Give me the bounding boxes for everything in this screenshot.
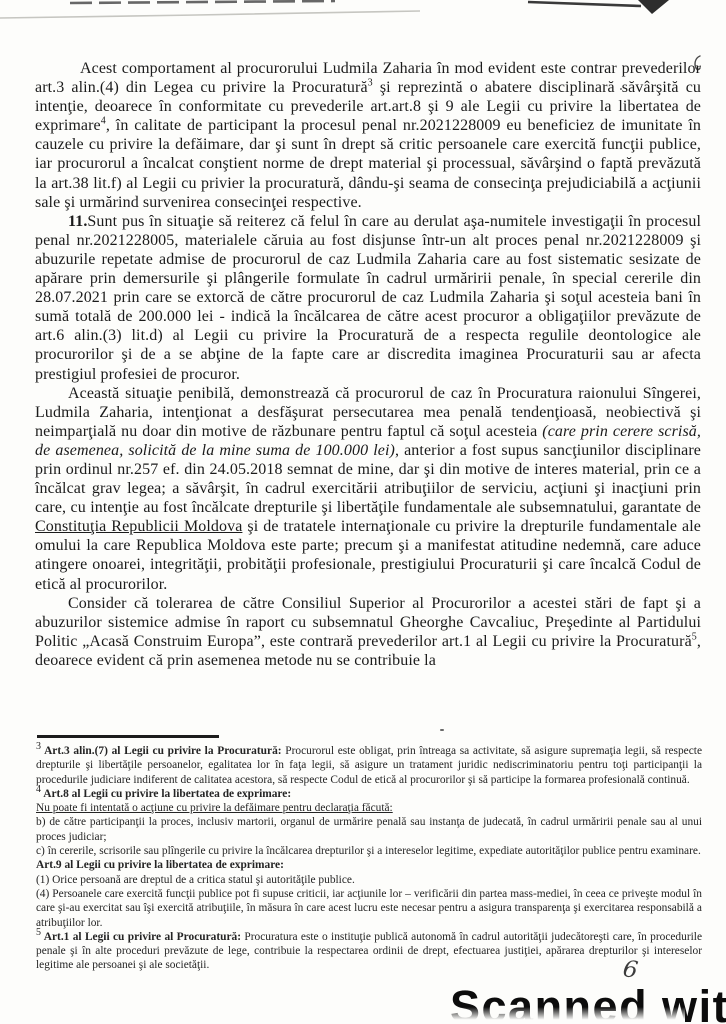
p2-number: 11. (68, 213, 87, 230)
footnote-5-title: Art.1 al Legii cu privire al Procuratură… (41, 931, 241, 943)
p1-text-3: , în calitate de participant la procesul… (35, 117, 701, 210)
footnote-3: 3 Art.3 alin.(7) al Legii cu privire la … (36, 744, 702, 787)
handwritten-page-number: 6 (621, 956, 640, 984)
p3-constitution-reference: Constituţia Republicii Moldova (35, 518, 242, 535)
footnote-4-item-c: c) în cererile, scrisorile sau plîngeril… (36, 844, 702, 858)
scanned-document-page: Acest comportament al procurorului Ludmi… (0, 0, 726, 1024)
footnote-4-title: Art.8 al Legii cu privire la libertatea … (41, 788, 291, 800)
footnote-art9-title: Art.9 al Legii cu privire la libertatea … (36, 858, 702, 872)
document-body: Acest comportament al procurorului Ludmi… (35, 59, 701, 670)
footnote-separator (37, 735, 219, 738)
ink-speck (440, 729, 444, 731)
footnote-5: 5 Art.1 al Legii cu privire al Procuratu… (36, 930, 702, 973)
footnote-3-title: Art.3 alin.(7) al Legii cu privire la Pr… (41, 745, 282, 757)
p4-text-1: Consider că tolerarea de către Consiliul… (35, 595, 701, 650)
footnote-art9-item-1: (1) Orice persoană are dreptul de a crit… (36, 873, 702, 887)
footnotes-section: 3 Art.3 alin.(7) al Legii cu privire la … (36, 744, 702, 973)
footnote-4-underlined-line: Nu poate fi intentată o acţiune cu privi… (36, 801, 702, 815)
p2-text: Sunt pus în situaţie să reiterez că felu… (35, 213, 701, 383)
paragraph-1: Acest comportament al procurorului Ludmi… (35, 59, 701, 212)
scan-artifact-top-edge (0, 0, 726, 26)
footnote-4-item-b: b) de către participanţii la proces, inc… (36, 815, 702, 844)
footnote-4: 4 Art.8 al Legii cu privire la libertate… (36, 787, 702, 858)
paragraph-2: 11.Sunt pus în situaţie să reiterez că f… (35, 212, 701, 384)
watermark-fade-overlay (440, 1007, 685, 1024)
footnote-art9: Art.9 al Legii cu privire la libertatea … (36, 858, 702, 929)
paragraph-3: Această situaţie penibilă, demonstrează … (35, 384, 701, 594)
paragraph-4: Consider că tolerarea de către Consiliul… (35, 594, 701, 670)
footnote-art9-item-4: (4) Persoanele care exercită funcţii pub… (36, 887, 702, 930)
